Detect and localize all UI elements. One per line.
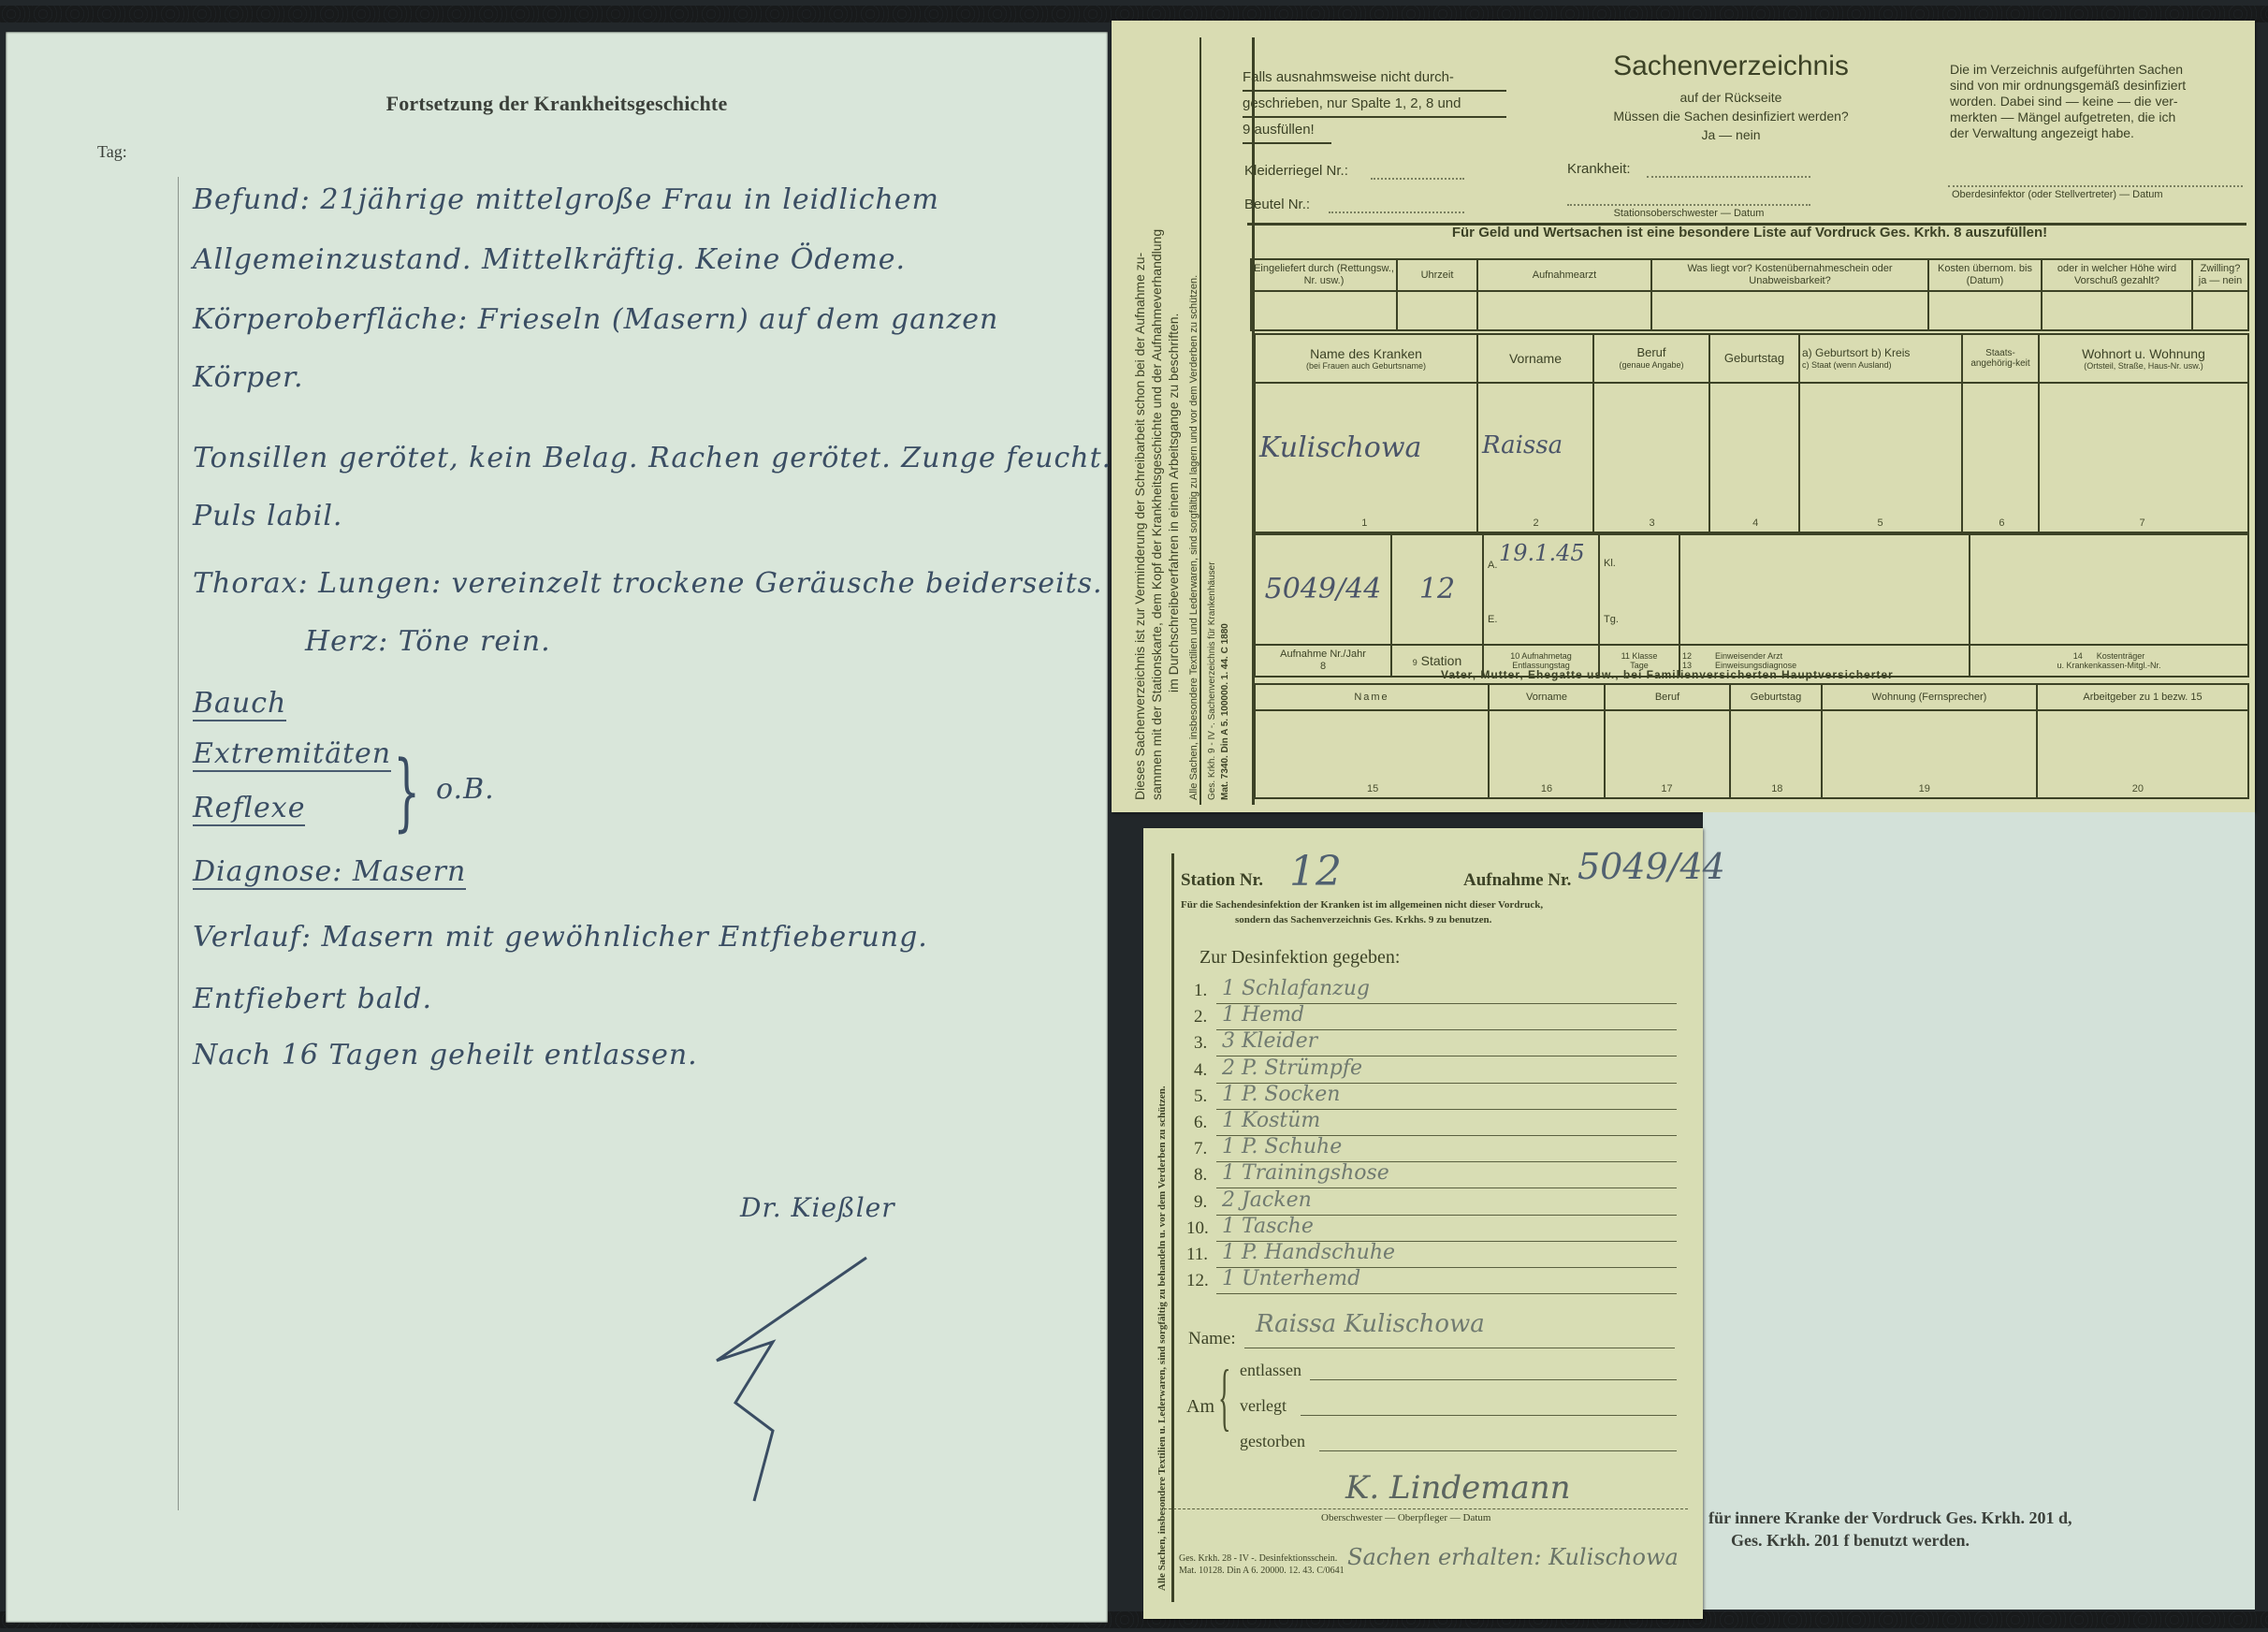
geburtsort-cell[interactable]: 5 <box>1799 383 1962 532</box>
admission-table: Eingeliefert durch (Rettungsw., Nr. usw.… <box>1250 258 2249 331</box>
col-header: Arbeitgeber zu 1 bezw. 15 <box>2037 684 2248 710</box>
margin-line <box>178 177 179 1510</box>
surname-cell[interactable]: Kulischowa1 <box>1255 383 1477 532</box>
item-number: 4. <box>1194 1060 1207 1081</box>
kassen-nr-label: u. Krankenkassen-Mitgl.-Nr. <box>1972 661 2246 670</box>
item-number: 5. <box>1194 1086 1207 1107</box>
oberdesinfektor-field[interactable] <box>1948 185 2243 187</box>
vertical-notice-line: Dieses Sachenverzeichnis ist zur Vermind… <box>1132 253 1147 800</box>
signature-text: Dr. Kießler <box>740 1192 895 1223</box>
kleiderriegel-field[interactable] <box>1371 178 1464 180</box>
item-number: 11. <box>1186 1245 1208 1265</box>
col-header: Geburtstag <box>1730 684 1822 710</box>
page-title: Fortsetzung der Krankheitsgeschichte <box>6 92 1108 116</box>
col-number: 18 <box>1771 783 1782 795</box>
station-label: Station Nr. <box>1181 870 1263 891</box>
item-number: 10. <box>1186 1218 1209 1239</box>
item-value[interactable]: 1 P. Handschuhe <box>1222 1241 1395 1264</box>
item-value[interactable]: 1 Trainingshose <box>1222 1161 1389 1185</box>
family-table: Name Vorname Beruf Geburtstag Wohnung (F… <box>1254 683 2249 799</box>
zwilling-cell[interactable] <box>2192 291 2248 330</box>
name-line <box>1244 1348 1675 1348</box>
col-number: 1 <box>1361 517 1367 530</box>
surname-value: Kulischowa <box>1259 432 1421 465</box>
underlying-sheet <box>1703 812 2255 1610</box>
col-number: 2 <box>1534 517 1539 530</box>
handwritten-line: Reflexe <box>193 792 305 826</box>
col-number: 19 <box>1919 783 1930 795</box>
handwritten-line: Körper. <box>193 361 304 394</box>
col-number: 20 <box>2132 783 2144 795</box>
answer-options: Ja — nein <box>1572 127 1890 142</box>
statement-line: worden. Dabei sind — keine — die ver- <box>1950 94 2186 109</box>
aufnahme-label: Aufnahme Nr. <box>1463 870 1571 891</box>
form-title: Sachenverzeichnis <box>1572 51 1890 82</box>
entlassen-field[interactable] <box>1310 1379 1677 1380</box>
signature-flourish <box>698 1239 885 1520</box>
family-wohnung-cell[interactable]: 19 <box>1822 710 2037 798</box>
item-value[interactable]: 1 Schlafanzug <box>1222 977 1370 1000</box>
handwritten-line: Diagnose: Masern <box>193 855 466 890</box>
vertical-notice: Dieses Sachenverzeichnis ist zur Vermind… <box>1123 37 1244 805</box>
handwritten-line: Thorax: Lungen: vereinzelt trockene Gerä… <box>193 567 1103 600</box>
vertical-notice-line: Ges. Krkh. 9 - IV -. Sachenverzeichnis f… <box>1207 561 1217 800</box>
handwritten-line: Körperoberfläche: Frieseln (Masern) auf … <box>193 303 998 336</box>
col-header: Wohnung (Fernsprecher) <box>1822 684 2037 710</box>
kostentraeger-label: Kostenträger <box>2097 651 2145 661</box>
oberschwester-signature: K. Lindemann <box>1345 1469 1571 1507</box>
handwritten-line: Nach 16 Tagen geheilt entlassen. <box>193 1039 698 1071</box>
item-number: 2. <box>1194 1007 1207 1027</box>
item-number: 3. <box>1194 1033 1207 1054</box>
handwritten-line: Herz: Töne rein. <box>305 625 551 658</box>
station-label: Station <box>1421 653 1462 668</box>
beutel-field[interactable] <box>1329 211 1464 213</box>
statement-line: Die im Verzeichnis aufgeführten Sachen <box>1950 62 2186 78</box>
instruction-box: Falls ausnahmsweise nicht durch- geschri… <box>1243 66 1506 144</box>
einweisung-cell[interactable] <box>1679 534 1970 645</box>
statement-line: sind von mir ordnungsgemäß desinfiziert <box>1950 78 2186 94</box>
signature-caption: Oberschwester — Oberpfleger — Datum <box>1321 1512 1490 1523</box>
col-header: Uhrzeit <box>1397 259 1477 291</box>
col-number: 5 <box>1878 517 1883 530</box>
col-header: Vorname <box>1489 684 1605 710</box>
col-header: Zwilling? ja — nein <box>2192 259 2248 291</box>
vertical-notice-line: Mat. 7340. Din A 5. 100000. 1. 44. C 188… <box>1220 623 1230 800</box>
handwritten-line: Puls labil. <box>193 500 342 532</box>
disinfection-statement: Die im Verzeichnis aufgeführten Sachen s… <box>1950 62 2186 141</box>
geld-notice: Für Geld und Wertsachen ist eine besonde… <box>1254 225 2246 240</box>
instruction-line: Falls ausnahmsweise nicht durch- <box>1243 66 1506 92</box>
krankheit-label: Krankheit: <box>1567 161 1631 177</box>
gestorben-field[interactable] <box>1319 1450 1677 1451</box>
col-number: 6 <box>1999 517 2004 530</box>
brace-mark: } <box>393 743 420 841</box>
item-value[interactable]: 2 Jacken <box>1222 1188 1312 1212</box>
handwritten-line: Allgemeinzustand. Mittelkräftig. Keine Ö… <box>193 243 906 276</box>
item-number: 9. <box>1194 1192 1207 1213</box>
krankheit-field[interactable] <box>1647 176 1810 178</box>
admission-details-table: 5049/44 12 A. 19.1.45 E. Kl. Tg. Aufnahm… <box>1254 533 2249 678</box>
vorschuss-cell[interactable] <box>2042 291 2192 330</box>
col-number: 4 <box>1752 517 1758 530</box>
item-number: 7. <box>1194 1139 1207 1159</box>
aufnahme-value: 5049/44 <box>1577 846 1725 887</box>
verlegt-field[interactable] <box>1301 1415 1677 1416</box>
a-prefix: A. <box>1488 560 1497 572</box>
kostentraeger-cell[interactable] <box>1970 534 2248 645</box>
col-header: oder in welcher Höhe wird Vorschuß gezah… <box>2042 259 2192 291</box>
card-footer-line2: Mat. 10128. Din A 6. 20000. 12. 43. C/06… <box>1179 1566 1345 1576</box>
aufnahme-label: Aufnahme Nr./Jahr <box>1258 648 1388 661</box>
card-divider <box>1171 853 1174 1602</box>
item-value[interactable]: 1 Unterhemd <box>1222 1267 1360 1290</box>
col-header: Beruf <box>1596 346 1707 360</box>
col-number: 9 <box>1413 658 1417 667</box>
am-label: Am <box>1186 1396 1214 1418</box>
receipt-signature: Sachen erhalten: Kulischowa <box>1347 1544 1679 1570</box>
col-number: 16 <box>1541 783 1552 795</box>
item-number: 1. <box>1194 981 1207 1001</box>
col-header: Eingeliefert durch (Rettungsw., Nr. usw.… <box>1251 259 1397 291</box>
signature-line <box>1164 1508 1688 1509</box>
station-value: 12 <box>1289 848 1342 896</box>
item-value[interactable]: 1 Kostüm <box>1222 1109 1320 1132</box>
col-subheader: (Ortsteil, Straße, Haus-Nr. usw.) <box>2042 361 2246 371</box>
col-header: Kosten übernom. bis (Datum) <box>1928 259 2042 291</box>
vertical-notice-line: sammen mit der Stationskarte, dem Kopf d… <box>1149 229 1164 800</box>
staatsangehoerigkeit-cell[interactable]: 6 <box>1962 383 2039 532</box>
col-subheader: (bei Frauen auch Geburtsname) <box>1258 361 1475 371</box>
wohnort-cell[interactable]: 7 <box>2039 383 2248 532</box>
col-header: Name des Kranken <box>1258 346 1475 361</box>
item-number: 8. <box>1194 1165 1207 1186</box>
beutel-label: Beutel Nr.: <box>1244 197 1310 212</box>
handwritten-line: Befund: 21jährige mittelgroße Frau in le… <box>193 183 939 216</box>
col-header: Beruf <box>1605 684 1730 710</box>
card-footer-line1: Ges. Krkh. 28 - IV -. Desinfektionsschei… <box>1179 1553 1337 1564</box>
family-geburtstag-cell[interactable]: 18 <box>1730 710 1822 798</box>
oberdesinfektor-label: Oberdesinfektor (oder Stellvertreter) — … <box>1952 189 2163 200</box>
stationsschwester-field[interactable] <box>1567 204 1810 206</box>
handwritten-line: Extremitäten <box>193 737 391 772</box>
col-header: Geburtstag <box>1709 334 1799 383</box>
item-value[interactable]: 1 P. Schuhe <box>1222 1135 1342 1158</box>
patient-table: Name des Kranken(bei Frauen auch Geburts… <box>1254 333 2249 533</box>
kl-prefix: Kl. <box>1604 558 1616 570</box>
brace-note: o.B. <box>436 773 495 806</box>
handwritten-line: Bauch <box>193 687 286 721</box>
krankheitsgeschichte-page: Fortsetzung der Krankheitsgeschichte Tag… <box>6 32 1108 1623</box>
name-value[interactable]: Raissa Kulischowa <box>1256 1310 1485 1338</box>
verlegt-label: verlegt <box>1240 1396 1287 1416</box>
geburtstag-cell[interactable]: 4 <box>1709 383 1799 532</box>
under-sheet-line: Ges. Krkh. 201 f benutzt werden. <box>1731 1531 1970 1551</box>
aufnahme-nr-value: 5049/44 <box>1265 573 1382 605</box>
handwritten-line: Tonsillen gerötet, kein Belag. Rachen ge… <box>193 442 1112 474</box>
first-name-cell[interactable]: Raissa2 <box>1477 383 1593 532</box>
col-header: a) Geburtsort b) Kreis <box>1802 347 1959 360</box>
under-sheet-line: für innere Kranke der Vordruck Ges. Krkh… <box>1708 1508 2072 1528</box>
tag-label: Tag: <box>97 142 127 162</box>
family-header: Vater, Mutter, Ehegatte usw., bei Famili… <box>1441 668 1894 681</box>
klasse-label: 11 Klasse <box>1602 651 1677 661</box>
form-subtitle: auf der Rückseite <box>1572 90 1890 105</box>
statement-line: merkten — Mängel aufgetreten, die ich <box>1950 109 2186 125</box>
item-value[interactable]: 3 Kleider <box>1222 1029 1317 1053</box>
card-notice-line2: sondern das Sachenverzeichnis Ges. Krkhs… <box>1235 914 1491 925</box>
col-header: Wohnort u. Wohnung <box>2042 346 2246 361</box>
col-number: 8 <box>1258 661 1388 673</box>
vertical-notice-line: im Durchschreibeverfahren in einem Arbei… <box>1166 313 1181 692</box>
station-cell[interactable]: 12 <box>1391 534 1483 645</box>
item-value[interactable]: 1 Hemd <box>1222 1003 1304 1027</box>
tg-prefix: Tg. <box>1604 614 1619 626</box>
item-number: 12. <box>1186 1271 1209 1291</box>
col-number: 17 <box>1661 783 1672 795</box>
aufnahmetag-label: 10 Aufnahmetag <box>1486 651 1596 661</box>
handwritten-line: Verlauf: Masern mit gewöhnlicher Entfieb… <box>193 921 928 954</box>
card-notice-line1: Für die Sachendesinfektion der Kranken i… <box>1181 899 1543 911</box>
col-number: 12 <box>1682 651 1692 661</box>
family-name-cell[interactable]: 15 <box>1255 710 1489 798</box>
family-vorname-cell[interactable]: 16 <box>1489 710 1605 798</box>
col-header: Staats-angehörig-keit <box>1962 334 2039 383</box>
e-prefix: E. <box>1488 614 1497 626</box>
col-number: 15 <box>1367 783 1378 795</box>
aufnahmearzt-cell[interactable] <box>1477 291 1651 330</box>
was-liegt-vor-cell[interactable] <box>1651 291 1928 330</box>
name-label: Name: <box>1188 1329 1236 1349</box>
col-subheader: c) Staat (wenn Ausland) <box>1802 360 1959 370</box>
eingeliefert-cell[interactable] <box>1251 291 1397 330</box>
stationsschwester-label: Stationsoberschwester — Datum <box>1567 208 1810 219</box>
kleiderriegel-label: Kleiderriegel Nr.: <box>1244 163 1348 179</box>
first-name-value: Raissa <box>1482 432 1563 460</box>
aufnahmetag-value: 19.1.45 <box>1499 541 1585 567</box>
uhrzeit-cell[interactable] <box>1397 291 1477 330</box>
am-brace: { <box>1218 1355 1230 1440</box>
col-header: Aufnahmearzt <box>1477 259 1651 291</box>
disinfect-question: Müssen die Sachen desinfiziert werden? <box>1572 109 1890 124</box>
gestorben-label: gestorben <box>1240 1432 1305 1451</box>
item-value[interactable]: 2 P. Strümpfe <box>1222 1056 1362 1080</box>
klasse-cell[interactable]: Kl. Tg. <box>1599 534 1679 645</box>
card-heading: Zur Desinfektion gegeben: <box>1199 947 1400 969</box>
col-header: Was liegt vor? Kostenübernahmeschein ode… <box>1651 259 1928 291</box>
item-value[interactable]: 1 Tasche <box>1222 1215 1314 1238</box>
col-number: 3 <box>1650 517 1655 530</box>
col-number: 14 <box>2073 651 2083 661</box>
entlassen-label: entlassen <box>1240 1361 1301 1380</box>
item-number: 6. <box>1194 1113 1207 1133</box>
item-line <box>1216 1293 1677 1294</box>
family-beruf-cell[interactable]: 17 <box>1605 710 1730 798</box>
family-arbeitgeber-cell[interactable]: 20 <box>2037 710 2248 798</box>
divider <box>1199 37 1201 805</box>
instruction-line: geschrieben, nur Spalte 1, 2, 8 und <box>1243 92 1506 118</box>
col-subheader: (genaue Angabe) <box>1596 360 1707 370</box>
item-value[interactable]: 1 P. Socken <box>1222 1083 1340 1106</box>
station-value: 12 <box>1419 573 1455 605</box>
statement-line: der Verwaltung angezeigt habe. <box>1950 125 2186 141</box>
col-number: 7 <box>2140 517 2145 530</box>
col-header: Name <box>1255 684 1489 710</box>
instruction-line: 9 ausfüllen! <box>1243 118 1331 144</box>
einweisender-arzt-label: Einweisender Arzt <box>1715 651 1782 661</box>
col-header: Vorname <box>1477 334 1593 383</box>
beruf-cell[interactable]: 3 <box>1593 383 1709 532</box>
kosten-cell[interactable] <box>1928 291 2042 330</box>
aufnahme-nr-cell[interactable]: 5049/44 <box>1255 534 1391 645</box>
vertical-notice-line: Alle Sachen, insbesondere Textilien und … <box>1188 275 1199 800</box>
aufnahmetag-cell[interactable]: A. 19.1.45 E. <box>1483 534 1599 645</box>
handwritten-line: Entfiebert bald. <box>193 983 432 1015</box>
card-vertical-notice: Alle Sachen, insbesondere Textilien u. L… <box>1156 1086 1168 1591</box>
